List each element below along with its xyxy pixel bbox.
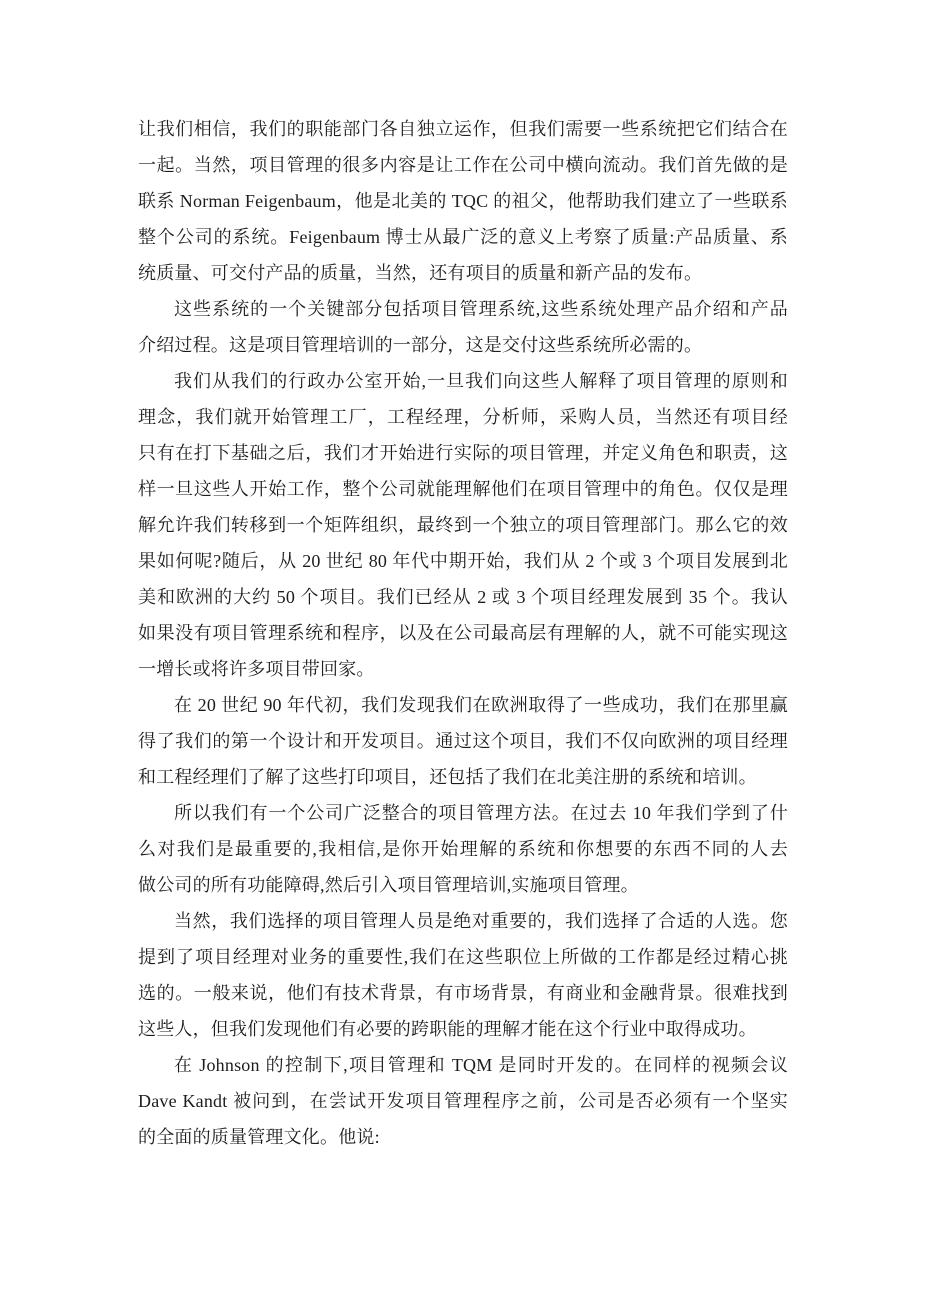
text-line: 联系 Norman Feigenbaum，他是北美的 TQC 的祖父，他帮助我们… [138,183,788,219]
text-line: 提到了项目经理对业务的重要性,我们在这些职位上所做的工作都是经过精心挑 [138,939,788,975]
text-line: 么对我们是最重要的,我相信,是你开始理解的系统和你想要的东西不同的人去 [138,831,788,867]
text-line: 这些系统的一个关键部分包括项目管理系统,这些系统处理产品介绍和产品 [138,291,788,327]
text-line: 选的。一般来说，他们有技术背景，有市场背景，有商业和金融背景。很难找到 [138,975,788,1011]
text-line: 我们从我们的行政办公室开始,一旦我们向这些人解释了项目管理的原则和 [138,363,788,399]
paragraph-johnson-tqm: 在 Johnson 的控制下,项目管理和 TQM 是同时开发的。在同样的视频会议… [138,1047,788,1155]
text-line: 美和欧洲的大约 50 个项目。我们已经从 2 或 3 个项目经理发展到 35 个… [138,579,788,615]
text-line: 让我们相信，我们的职能部门各自独立运作，但我们需要一些系统把它们结合在 [138,111,788,147]
text-line: 样一旦这些人开始工作，整个公司就能理解他们在项目管理中的角色。仅仅是理 [138,471,788,507]
text-line: 当然，我们选择的项目管理人员是绝对重要的，我们选择了合适的人选。您 [138,903,788,939]
paragraph-europe-success: 在 20 世纪 90 年代初，我们发现我们在欧洲取得了一些成功，我们在那里赢 得… [138,687,788,795]
text-line: 统质量、可交付产品的质量，当然，还有项目的质量和新产品的发布。 [138,255,788,291]
text-line: 果如何呢?随后，从 20 世纪 80 年代中期开始，我们从 2 个或 3 个项目… [138,543,788,579]
text-line: 这些人，但我们发现他们有必要的跨职能的理解才能在这个行业中取得成功。 [138,1011,788,1047]
text-line: 解允许我们转移到一个矩阵组织，最终到一个独立的项目管理部门。那么它的效 [138,507,788,543]
text-line: 一起。当然，项目管理的很多内容是让工作在公司中横向流动。我们首先做的是 [138,147,788,183]
text-line: 只有在打下基础之后，我们才开始进行实际的项目管理，并定义角色和职责，这 [138,435,788,471]
paragraph-executive-office: 我们从我们的行政办公室开始,一旦我们向这些人解释了项目管理的原则和 理念，我们就… [138,363,788,687]
text-line: 在 20 世纪 90 年代初，我们发现我们在欧洲取得了一些成功，我们在那里赢 [138,687,788,723]
document-page: 让我们相信，我们的职能部门各自独立运作，但我们需要一些系统把它们结合在 一起。当… [0,0,926,1309]
paragraph-key-systems: 这些系统的一个关键部分包括项目管理系统,这些系统处理产品介绍和产品 介绍过程。这… [138,291,788,363]
text-line: 在 Johnson 的控制下,项目管理和 TQM 是同时开发的。在同样的视频会议… [138,1047,788,1083]
text-line: 理念，我们就开始管理工厂，工程经理，分析师，采购人员，当然还有项目经理。 [138,399,788,435]
text-line: 和工程经理们了解了这些打印项目，还包括了我们在北美注册的系统和培训。 [138,759,788,795]
text-line: Dave Kandt 被问到，在尝试开发项目管理程序之前，公司是否必须有一个坚实 [138,1083,788,1119]
paragraph-integrated-method: 所以我们有一个公司广泛整合的项目管理方法。在过去 10 年我们学到了什 么对我们… [138,795,788,903]
text-line: 如果没有项目管理系统和程序，以及在公司最高层有理解的人，就不可能实现这 [138,615,788,651]
text-line: 一增长或将许多项目带回家。 [138,651,788,687]
paragraph-continuation: 让我们相信，我们的职能部门各自独立运作，但我们需要一些系统把它们结合在 一起。当… [138,111,788,291]
paragraph-personnel-selection: 当然，我们选择的项目管理人员是绝对重要的，我们选择了合适的人选。您 提到了项目经… [138,903,788,1047]
text-line: 的全面的质量管理文化。他说: [138,1119,788,1155]
text-line: 所以我们有一个公司广泛整合的项目管理方法。在过去 10 年我们学到了什 [138,795,788,831]
text-line: 得了我们的第一个设计和开发项目。通过这个项目，我们不仅向欧洲的项目经理 [138,723,788,759]
text-line: 做公司的所有功能障碍,然后引入项目管理培训,实施项目管理。 [138,867,788,903]
text-line: 介绍过程。这是项目管理培训的一部分，这是交付这些系统所必需的。 [138,327,788,363]
text-line: 整个公司的系统。Feigenbaum 博士从最广泛的意义上考察了质量:产品质量、… [138,219,788,255]
